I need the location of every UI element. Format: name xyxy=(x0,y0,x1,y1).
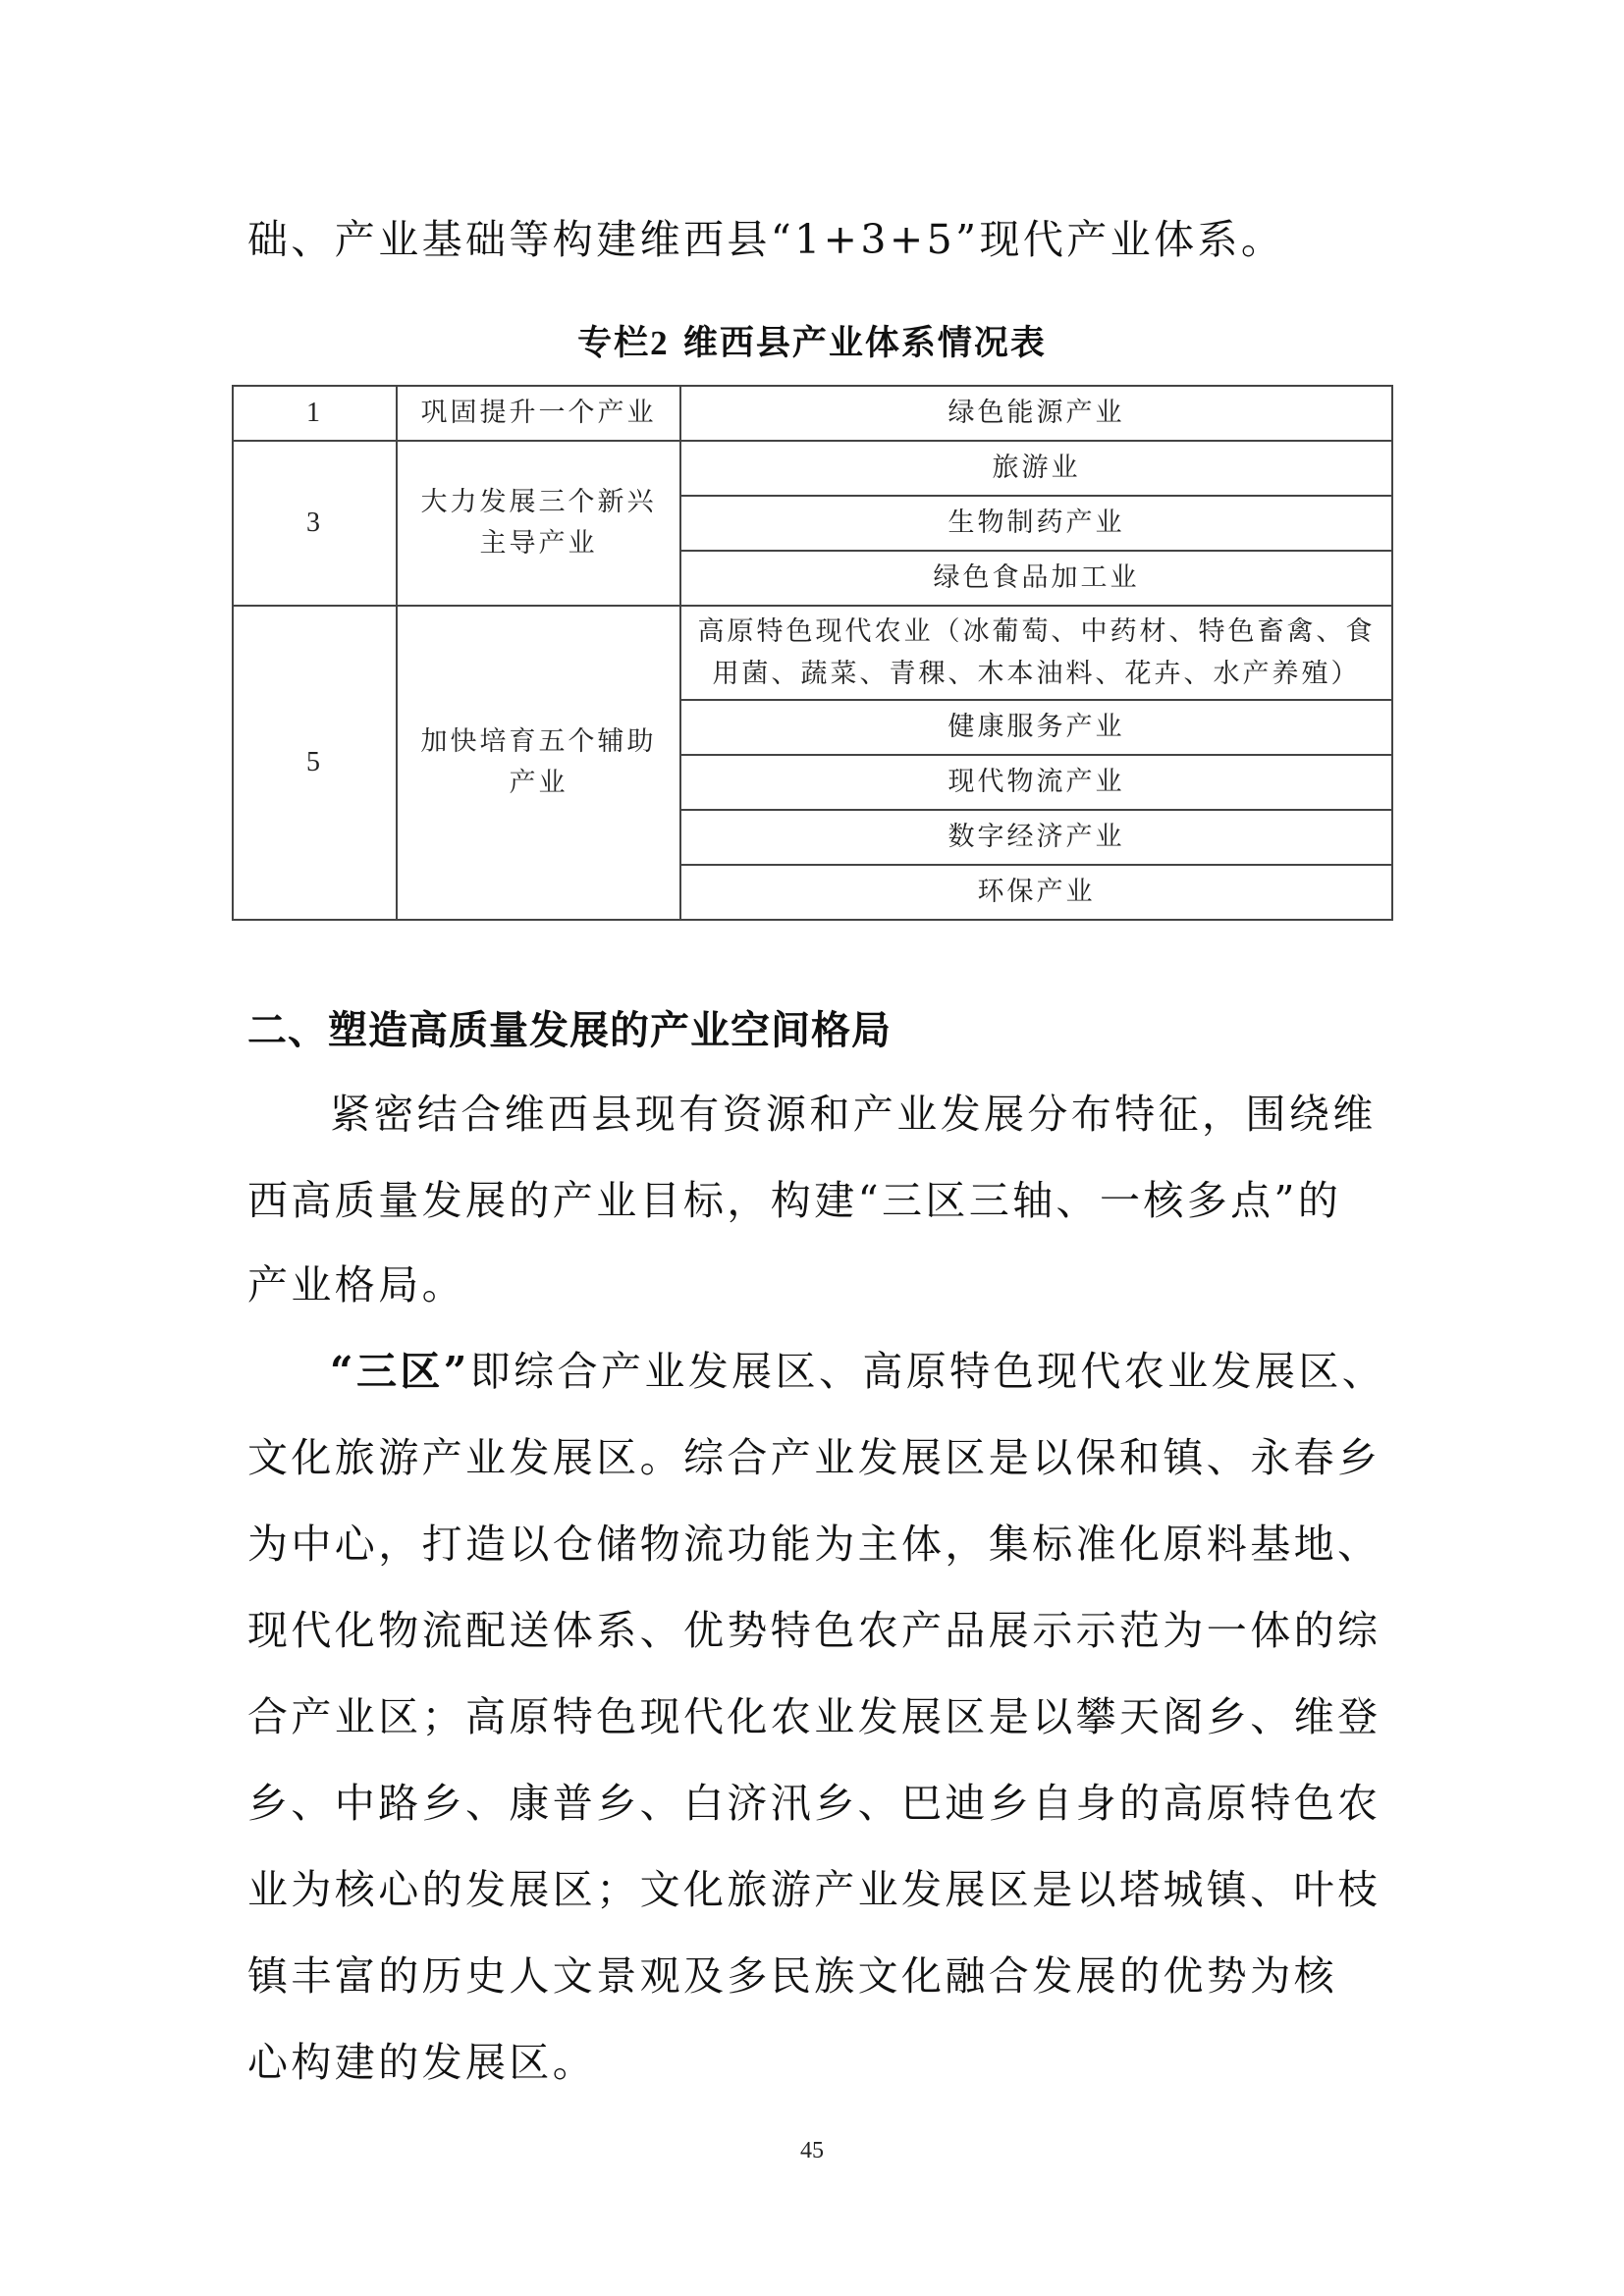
paragraph-line: 镇丰富的历史人文景观及多民族文化融合发展的优势为核 xyxy=(247,1954,1396,1998)
paragraph-line: 业为核心的发展区；文化旅游产业发展区是以塔城镇、叶枝 xyxy=(247,1868,1396,1911)
paragraph-line: 文化旅游产业发展区。综合产业发展区是以保和镇、永春乡 xyxy=(247,1436,1396,1479)
page-number: 45 xyxy=(0,2138,1624,2164)
group-category: 巩固提升一个产业 xyxy=(397,386,680,441)
paragraph-line: 现代化物流配送体系、优势特色农产品展示示范为一体的综 xyxy=(247,1609,1396,1652)
paragraph-line: 西高质量发展的产业目标，构建“三区三轴、一核多点”的 xyxy=(247,1179,1396,1222)
paragraph-line: 产业格局。 xyxy=(247,1263,1396,1307)
group-category: 加快培育五个辅助产业 xyxy=(397,606,680,920)
paragraph-line: 心构建的发展区。 xyxy=(247,2041,1396,2084)
table-row: 3 大力发展三个新兴主导产业 旅游业 xyxy=(233,441,1392,496)
table-title-number: 2 xyxy=(650,324,670,362)
table-title-text: 维西县产业体系情况表 xyxy=(683,323,1047,363)
section-heading: 二、塑造高质量发展的产业空间格局 xyxy=(247,1008,892,1053)
industry-item: 旅游业 xyxy=(680,441,1392,496)
group-count: 5 xyxy=(233,606,397,920)
table-row: 1 巩固提升一个产业 绿色能源产业 xyxy=(233,386,1392,441)
intro-line: 础、产业基础等构建维西县“1+3+5”现代产业体系。 xyxy=(247,218,1396,261)
industry-item: 环保产业 xyxy=(680,865,1392,920)
paragraph-line: 合产业区；高原特色现代化农业发展区是以攀天阁乡、维登 xyxy=(247,1695,1396,1738)
industry-item: 绿色食品加工业 xyxy=(680,551,1392,606)
table-title: 专栏2 维西县产业体系情况表 xyxy=(0,322,1624,365)
industry-item: 绿色能源产业 xyxy=(680,386,1392,441)
industry-system-table: 1 巩固提升一个产业 绿色能源产业 3 大力发展三个新兴主导产业 旅游业 生物制… xyxy=(232,385,1393,921)
industry-item: 健康服务产业 xyxy=(680,700,1392,755)
group-category: 大力发展三个新兴主导产业 xyxy=(397,441,680,606)
table-row: 5 加快培育五个辅助产业 高原特色现代农业（冰葡萄、中药材、特色畜禽、食用菌、蔬… xyxy=(233,606,1392,700)
table-title-prefix: 专栏 xyxy=(577,323,650,363)
industry-item: 生物制药产业 xyxy=(680,496,1392,551)
bold-lead: “三区” xyxy=(330,1348,470,1395)
industry-item: 数字经济产业 xyxy=(680,810,1392,865)
industry-item: 高原特色现代农业（冰葡萄、中药材、特色畜禽、食用菌、蔬菜、青稞、木本油料、花卉、… xyxy=(680,606,1392,700)
group-count: 3 xyxy=(233,441,397,606)
group-count: 1 xyxy=(233,386,397,441)
paragraph-line: “三区”即综合产业发展区、高原特色现代农业发展区、 xyxy=(330,1350,1479,1393)
paragraph-line: 为中心，打造以仓储物流功能为主体，集标准化原料基地、 xyxy=(247,1522,1396,1566)
industry-item: 现代物流产业 xyxy=(680,755,1392,810)
paragraph-line: 乡、中路乡、康普乡、白济汛乡、巴迪乡自身的高原特色农 xyxy=(247,1782,1396,1825)
paragraph-text: 即综合产业发展区、高原特色现代农业发展区、 xyxy=(470,1348,1385,1395)
paragraph-line: 紧密结合维西县现有资源和产业发展分布特征，围绕维 xyxy=(330,1093,1479,1136)
document-page: 础、产业基础等构建维西县“1+3+5”现代产业体系。 专栏2 维西县产业体系情况… xyxy=(0,0,1624,2296)
